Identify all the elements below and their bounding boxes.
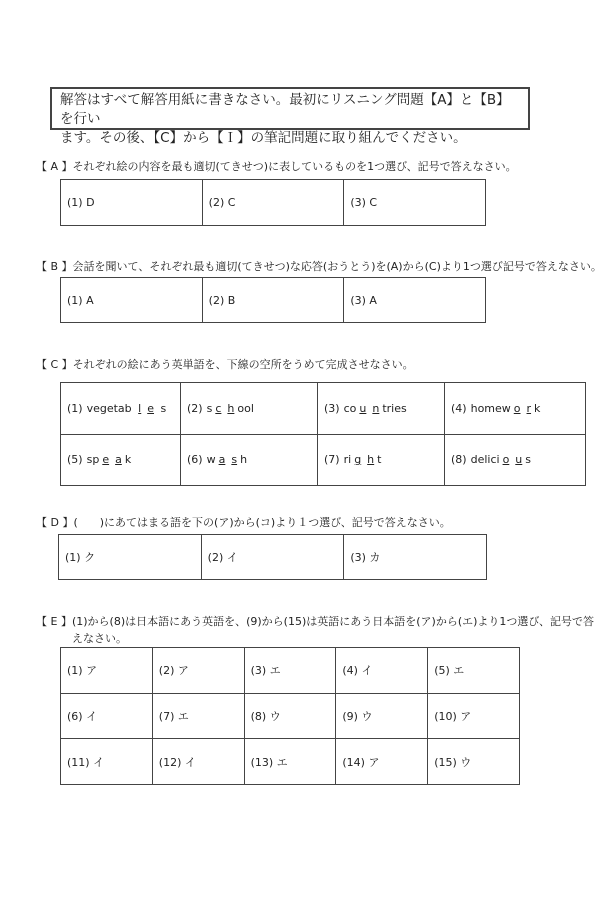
section-d-title: 【 D 】( )にあてはまる語を下の(ア)から(コ)より１つ選び、記号で答えなさ… [36, 514, 451, 530]
section-a-answer-table: (1) D (2) C (3) C [60, 179, 486, 226]
section-b-answer-3: (3) A [344, 278, 486, 323]
section-e-answer-table: (1) ア (2) ア (3) エ (4) イ (5) エ (6) イ (7) … [60, 647, 520, 785]
section-e-answer-1: (1) ア [61, 648, 153, 694]
section-d-answer-3: (3) カ [344, 535, 487, 580]
section-b-answer-table: (1) A (2) B (3) A [60, 277, 486, 323]
section-c-title: 【 C 】それぞれの絵にあう英単語を、下線の空所をうめて完成させなさい。 [36, 356, 414, 372]
section-a-title: 【 A 】それぞれ絵の内容を最も適切(てきせつ)に表しているものを1つ選び、記号… [36, 158, 517, 174]
section-c-answer-6: (6)wash [181, 434, 318, 486]
section-d-answer-1: (1) ク [59, 535, 202, 580]
section-e-answer-13: (13) エ [244, 739, 336, 785]
section-e-answer-8: (8) ウ [244, 693, 336, 739]
section-a-answer-2: (2) C [202, 180, 344, 226]
section-e-answer-14: (14) ア [336, 739, 428, 785]
instructions-box: 解答はすべて解答用紙に書きなさい。最初にリスニング問題【A】と【B】を行い ます… [50, 87, 530, 130]
section-b-title: 【 B 】会話を聞いて、それぞれ最も適切(てきせつ)な応答(おうとう)を(A)か… [36, 258, 600, 274]
section-e-title: 【 E 】(1)から(8)は日本語にあう英語を、(9)から(15)は英語にあう日… [36, 613, 594, 629]
section-c-answer-2: (2)school [181, 383, 318, 435]
section-e-answer-6: (6) イ [61, 693, 153, 739]
section-e-answer-15: (15) ウ [428, 739, 520, 785]
section-c-answer-7: (7)right [318, 434, 445, 486]
section-b-answer-1: (1) A [61, 278, 203, 323]
section-d-answer-2: (2) イ [201, 535, 344, 580]
section-b-answer-2: (2) B [202, 278, 344, 323]
section-e-answer-4: (4) イ [336, 648, 428, 694]
section-e-answer-7: (7) エ [152, 693, 244, 739]
instructions-line-2: ます。その後、【C】から【Ｉ】の筆記問題に取り組んでください。 [60, 129, 520, 148]
section-e-answer-9: (9) ウ [336, 693, 428, 739]
section-c-answer-8: (8)delicious [445, 434, 586, 486]
section-c-answer-4: (4)homework [445, 383, 586, 435]
section-e-answer-2: (2) ア [152, 648, 244, 694]
section-e-answer-10: (10) ア [428, 693, 520, 739]
section-a-answer-3: (3) C [344, 180, 486, 226]
section-e-answer-3: (3) エ [244, 648, 336, 694]
section-c-answer-5: (5)speak [61, 434, 181, 486]
section-e-answer-11: (11) イ [61, 739, 153, 785]
section-c-answer-3: (3)countries [318, 383, 445, 435]
section-a-answer-1: (1) D [61, 180, 203, 226]
section-e-answer-5: (5) エ [428, 648, 520, 694]
section-c-answer-1: (1)vegetab le s [61, 383, 181, 435]
section-e-answer-12: (12) イ [152, 739, 244, 785]
section-c-answer-table: (1)vegetab le s (2)school (3)countries (… [60, 382, 586, 486]
section-e-title-continued: えなさい。 [72, 630, 127, 646]
instructions-line-1: 解答はすべて解答用紙に書きなさい。最初にリスニング問題【A】と【B】を行い [60, 91, 520, 129]
section-d-answer-table: (1) ク (2) イ (3) カ [58, 534, 487, 580]
